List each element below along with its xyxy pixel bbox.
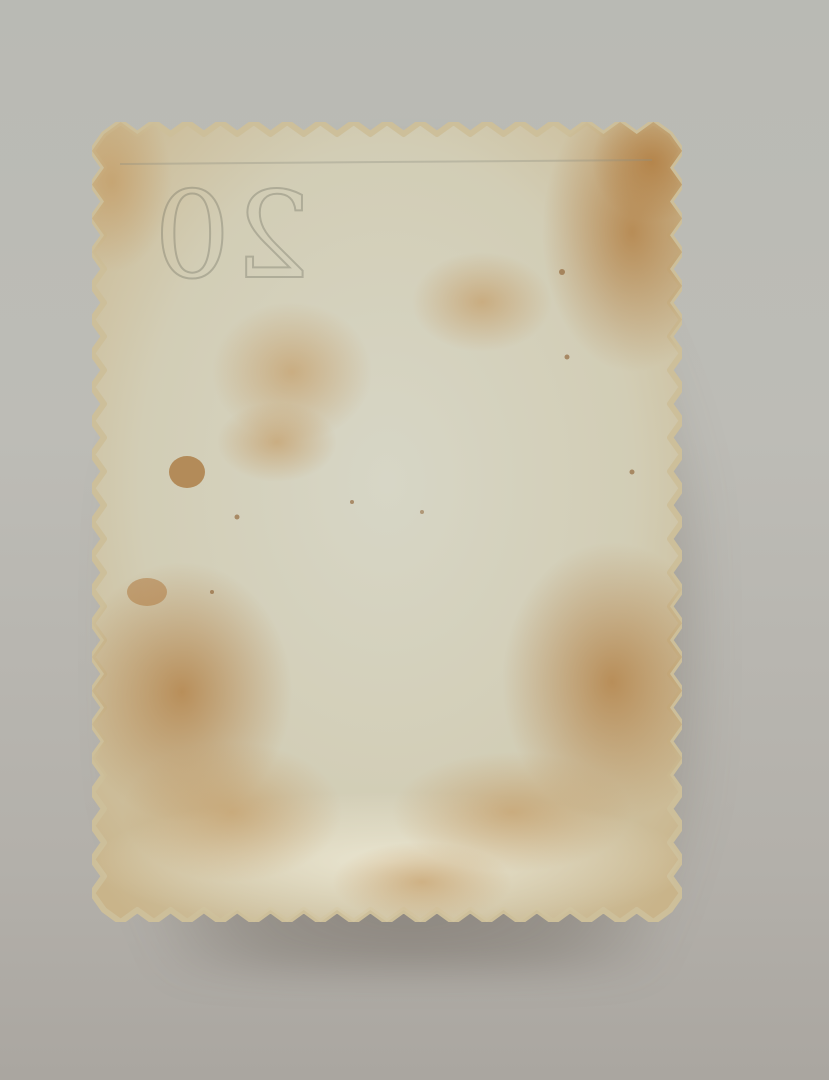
postage-stamp-back: 20 (92, 122, 682, 922)
photo-scene: 20 (0, 0, 829, 1080)
mirrored-denomination-show-through: 20 (150, 177, 311, 297)
